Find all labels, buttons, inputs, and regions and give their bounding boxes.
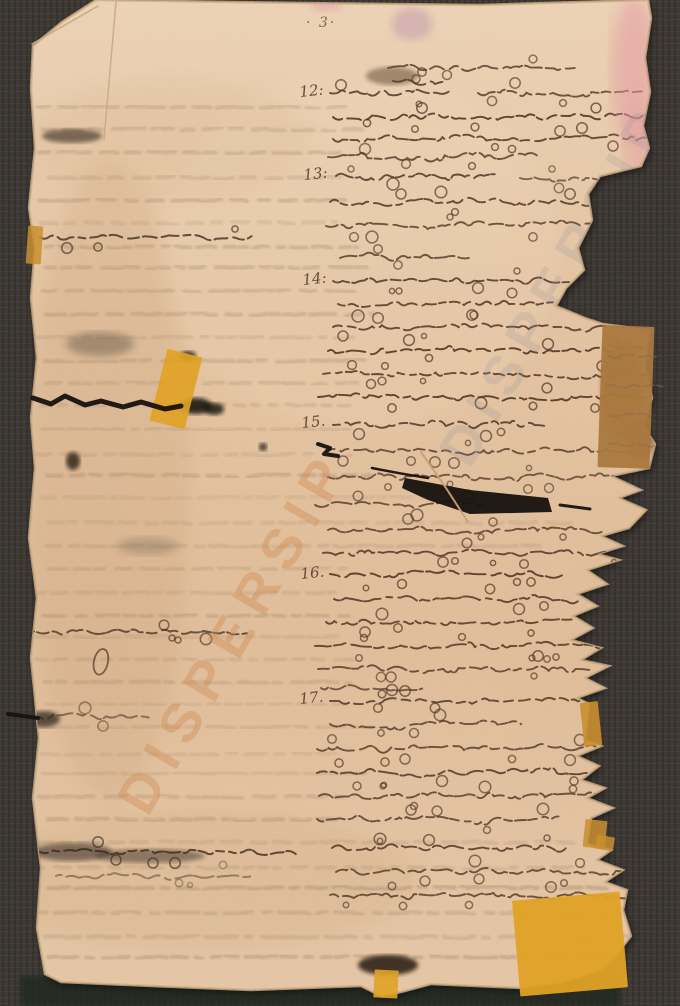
tape-patch — [373, 969, 398, 998]
tape-patch — [26, 226, 44, 265]
tape-patch — [598, 325, 655, 469]
scan-viewport: 12:13:14:15.16.17. · 3· DISPERSIP DISPER… — [0, 0, 680, 1006]
manuscript-scan-image: 12:13:14:15.16.17. · 3· DISPERSIP DISPER… — [0, 0, 680, 1006]
tape-patch — [512, 891, 628, 996]
